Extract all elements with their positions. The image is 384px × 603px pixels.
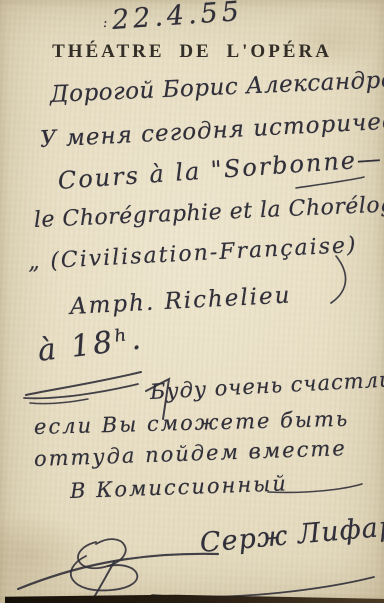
underline-18h-stroke-3 <box>30 399 88 404</box>
letterhead-title: THÉATRE DE L'OPÉRA <box>0 41 384 63</box>
handwriting-line-4: le Chorégraphie et la Chorélogie" <box>33 191 384 233</box>
signature-long-sweep <box>18 554 218 589</box>
ink-dot-mark: : <box>102 16 107 31</box>
handwriting-line-5: „ (Civilisation-Française) <box>27 233 358 275</box>
underline-18h-stroke-1 <box>26 372 141 395</box>
letter-page: : 22.4.55 THÉATRE DE L'OPÉRA Дорогой Бор… <box>0 0 384 603</box>
handwriting-line-8: Буду очень счастлив, <box>149 366 384 404</box>
underline-18h-stroke-2 <box>24 384 138 398</box>
card-bottom-edge <box>5 594 384 603</box>
signature-underline <box>152 577 374 597</box>
handwriting-line-11: В Комиссионный <box>70 471 289 503</box>
signature-loop-lower <box>71 556 137 590</box>
paren-tail-stroke <box>331 256 346 303</box>
handwritten-date: 22.4.55 <box>111 0 244 36</box>
handwriting-line-9: если Вы сможете быть <box>34 407 350 439</box>
handwriting-line-1: Дорогой Борис Александрович, <box>49 65 384 108</box>
handwriting-line-6: Amph. Richelieu <box>69 282 292 320</box>
handwriting-line-7: à 18ʰ. <box>36 321 146 369</box>
handwriting-line-3: Cours à la "Sorbonne— <box>57 144 384 195</box>
handwriting-line-2: У меня сегодня исторический <box>39 106 384 153</box>
sorbonne-swash-stroke <box>296 177 364 188</box>
signature: Серж Лифарь <box>199 509 384 558</box>
signature-loop-upper <box>78 539 126 568</box>
handwriting-line-10: оттуда пойдем вместе <box>34 436 347 471</box>
